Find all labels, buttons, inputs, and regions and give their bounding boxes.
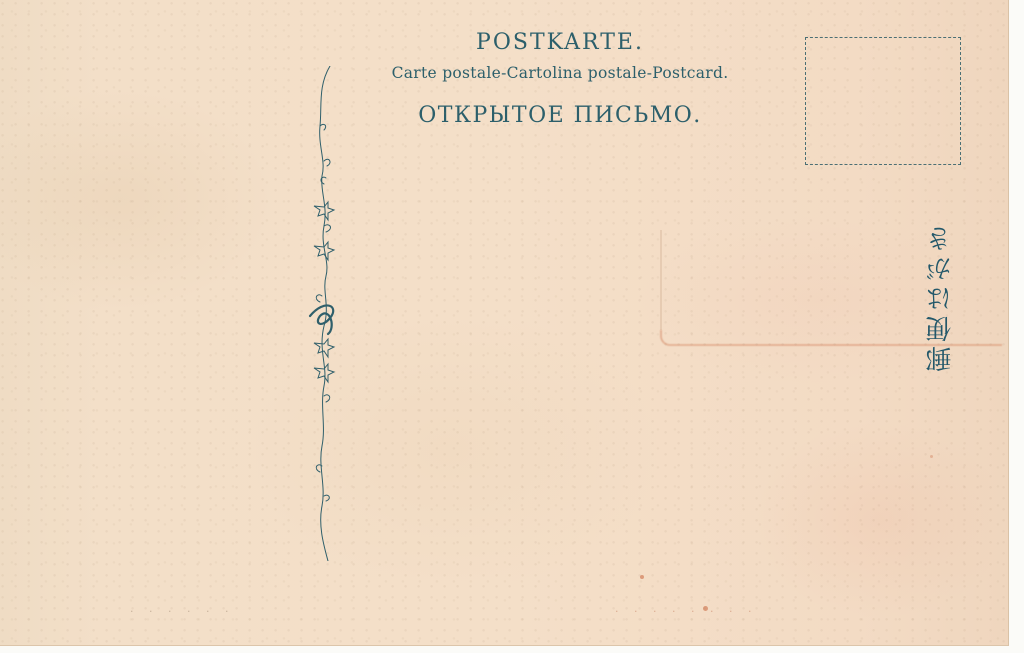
heading-postkarte: POSTKARTE. — [320, 30, 800, 55]
stain-line — [660, 330, 1002, 346]
heading-multilingual: Carte postale-Cartolina postale-Postcard… — [320, 64, 800, 82]
heading-russian: ОТКРЫТОЕ ПИСЬМО. — [320, 103, 800, 128]
faint-bottom-text-left: · · · · · · — [130, 605, 234, 618]
rust-spot — [640, 575, 644, 579]
floral-vine-divider-icon — [300, 66, 350, 561]
japanese-label: 郵便はがき — [923, 222, 959, 372]
stamp-box — [805, 37, 961, 165]
rust-spot — [930, 455, 933, 458]
rust-spot — [703, 606, 708, 611]
faint-bottom-text-right: · · · · · · · · — [615, 605, 757, 618]
postcard-back: POSTKARTE. Carte postale-Cartolina posta… — [0, 0, 1009, 646]
stain-vertical — [660, 230, 662, 330]
